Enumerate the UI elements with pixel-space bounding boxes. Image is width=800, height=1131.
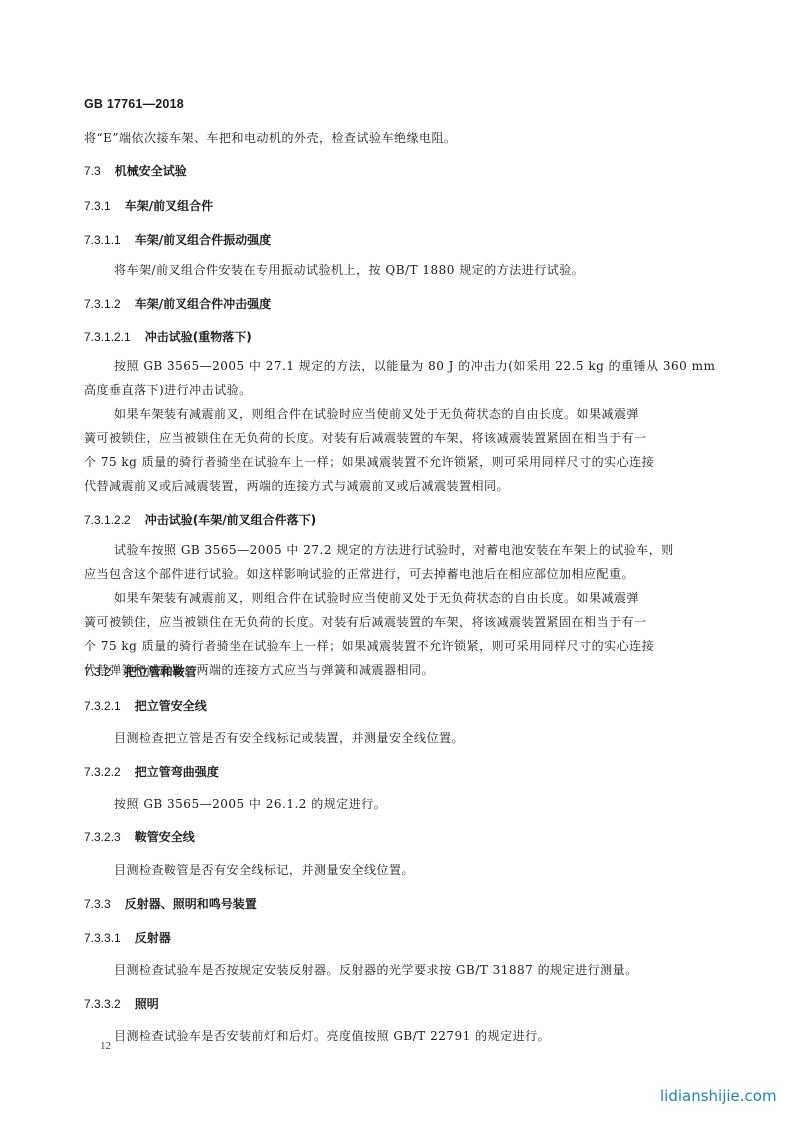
section-title: 车架/前叉组合件振动强度 bbox=[135, 233, 271, 247]
section-title: 把立管安全线 bbox=[135, 699, 207, 713]
paragraph-line: 目测检查试验车是否按规定安装反射器。反射器的光学要求按 GB/T 31887 的… bbox=[114, 962, 638, 978]
paragraph-line: 按照 GB 3565—2005 中 27.1 规定的方法，以能量为 80 J 的… bbox=[114, 358, 715, 374]
section-title: 把立管弯曲强度 bbox=[135, 765, 219, 779]
section-number: 7.3.1.2.2 bbox=[84, 512, 131, 528]
paragraph-line: 将“E”端依次接车架、车把和电动机的外壳，检查试验车绝缘电阻。 bbox=[84, 130, 457, 146]
paragraph-line: 个 75 kg 质量的骑行者骑坐在试验车上一样；如果减震装置不允许锁紧，则可采用… bbox=[84, 454, 654, 470]
section-number: 7.3.2.2 bbox=[84, 764, 121, 780]
paragraph-line: 目测检查鞍管是否有安全线标记，并测量安全线位置。 bbox=[114, 862, 414, 878]
section-title: 把立管和鞍管 bbox=[125, 665, 197, 679]
paragraph-line: 个 75 kg 质量的骑行者骑坐在试验车上一样；如果减震装置不允许锁紧，则可采用… bbox=[84, 638, 654, 654]
section-heading: 7.3.2.2把立管弯曲强度 bbox=[84, 764, 219, 780]
section-number: 7.3.2.1 bbox=[84, 698, 121, 714]
watermark: lidianshijie.com bbox=[660, 1087, 777, 1105]
section-heading: 7.3.2.3鞍管安全线 bbox=[84, 829, 195, 845]
paragraph-line: 簧可被锁住，应当被锁住在无负荷的长度。对装有后减震装置的车架，将该减震装置紧固在… bbox=[84, 614, 647, 630]
section-title: 冲击试验(重物落下) bbox=[145, 330, 252, 344]
paragraph-line: 高度垂直落下)进行冲击试验。 bbox=[84, 382, 252, 398]
section-title: 车架/前叉组合件 bbox=[125, 199, 213, 213]
paragraph-line: 如果车架装有减震前叉，则组合件在试验时应当使前叉处于无负荷状态的自由长度。如果减… bbox=[114, 406, 639, 422]
section-title: 照明 bbox=[135, 997, 159, 1011]
paragraph-line: 应当包含这个部件进行试验。如这样影响试验的正常进行，可去掉蓄电池后在相应部位加相… bbox=[84, 566, 634, 582]
standard-code-header: GB 17761—2018 bbox=[84, 97, 184, 111]
section-heading: 7.3.1.2车架/前叉组合件冲击强度 bbox=[84, 296, 271, 312]
section-heading: 7.3.1.2.2冲击试验(车架/前叉组合件落下) bbox=[84, 512, 316, 528]
section-title: 反射器、照明和鸣号装置 bbox=[125, 897, 257, 911]
paragraph-line: 如果车架装有减震前叉，则组合件在试验时应当使前叉处于无负荷状态的自由长度。如果减… bbox=[114, 590, 639, 606]
paragraph-line: 试验车按照 GB 3565—2005 中 27.2 规定的方法进行试验时，对蓄电… bbox=[114, 542, 674, 558]
page-number: 12 bbox=[100, 1040, 111, 1052]
section-heading: 7.3.2把立管和鞍管 bbox=[84, 664, 197, 680]
paragraph-line: 代替减震前叉或后减震装置，两端的连接方式与减震前叉或后减震装置相同。 bbox=[84, 478, 509, 494]
section-heading: 7.3机械安全试验 bbox=[84, 163, 187, 179]
section-number: 7.3.1.2.1 bbox=[84, 329, 131, 345]
section-heading: 7.3.3反射器、照明和鸣号装置 bbox=[84, 896, 257, 912]
section-title: 车架/前叉组合件冲击强度 bbox=[135, 297, 271, 311]
section-heading: 7.3.1.1车架/前叉组合件振动强度 bbox=[84, 232, 271, 248]
section-number: 7.3.1 bbox=[84, 198, 111, 214]
section-heading: 7.3.1车架/前叉组合件 bbox=[84, 198, 213, 214]
section-heading: 7.3.3.2照明 bbox=[84, 996, 159, 1012]
section-title: 反射器 bbox=[135, 931, 171, 945]
section-number: 7.3.3.1 bbox=[84, 930, 121, 946]
paragraph-line: 按照 GB 3565—2005 中 26.1.2 的规定进行。 bbox=[114, 796, 386, 812]
paragraph-line: 将车架/前叉组合件安装在专用振动试验机上，按 QB/T 1880 规定的方法进行… bbox=[114, 262, 584, 278]
section-number: 7.3.1.2 bbox=[84, 296, 121, 312]
section-number: 7.3.2.3 bbox=[84, 829, 121, 845]
section-number: 7.3.2 bbox=[84, 664, 111, 680]
paragraph-line: 目测检查把立管是否有安全线标记或装置，并测量安全线位置。 bbox=[114, 730, 464, 746]
paragraph-line: 簧可被锁住，应当被锁住在无负荷的长度。对装有后减震装置的车架，将该减震装置紧固在… bbox=[84, 430, 647, 446]
section-heading: 7.3.2.1把立管安全线 bbox=[84, 698, 207, 714]
paragraph-line: 目测检查试验车是否安装前灯和后灯。亮度值按照 GB/T 22791 的规定进行。 bbox=[114, 1028, 550, 1044]
section-title: 机械安全试验 bbox=[115, 164, 187, 178]
section-title: 鞍管安全线 bbox=[135, 830, 195, 844]
section-number: 7.3 bbox=[84, 163, 101, 179]
section-heading: 7.3.1.2.1冲击试验(重物落下) bbox=[84, 329, 252, 345]
section-heading: 7.3.3.1反射器 bbox=[84, 930, 171, 946]
section-title: 冲击试验(车架/前叉组合件落下) bbox=[145, 513, 316, 527]
section-number: 7.3.3.2 bbox=[84, 996, 121, 1012]
section-number: 7.3.1.1 bbox=[84, 232, 121, 248]
section-number: 7.3.3 bbox=[84, 896, 111, 912]
